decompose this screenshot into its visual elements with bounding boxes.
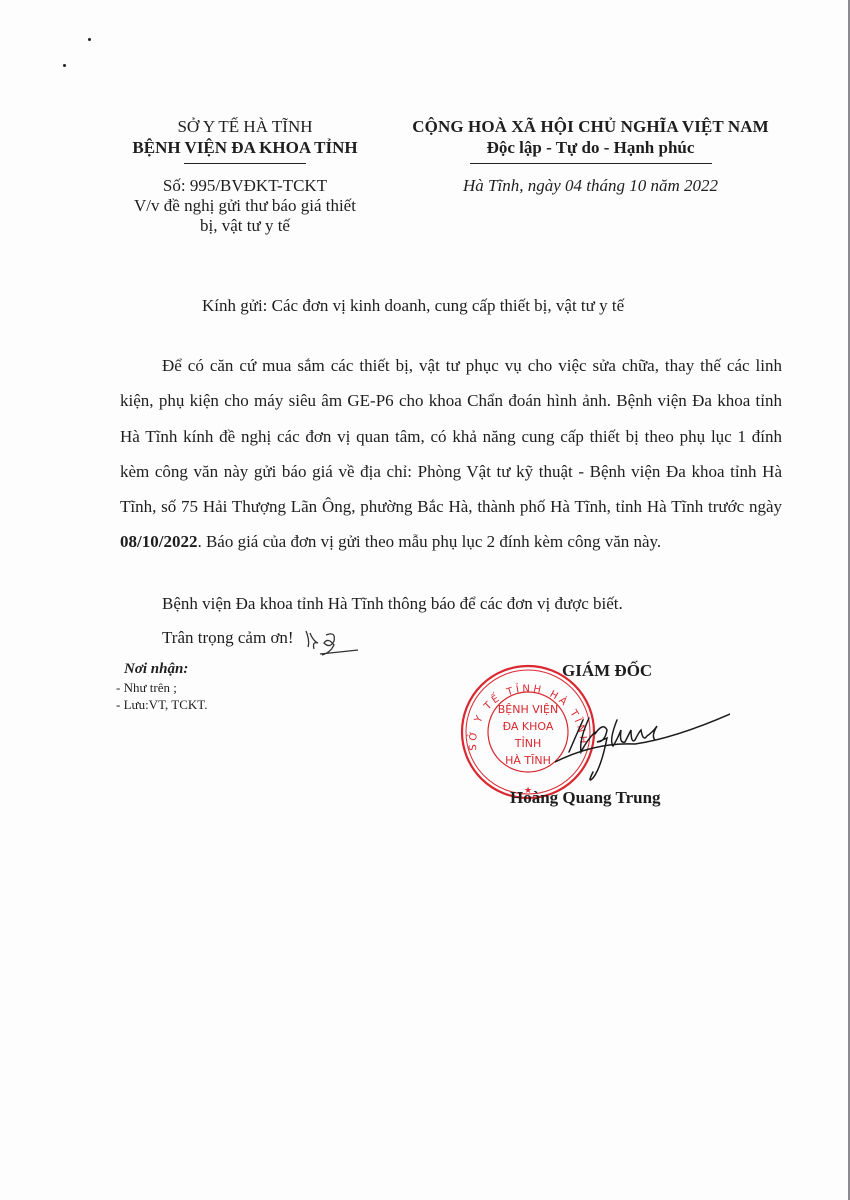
paragraph-text: . Báo giá của đơn vị gửi theo mẫu phụ lụ… [197,532,661,551]
divider [184,163,306,164]
body-paragraph: Để có căn cứ mua sắm các thiết bị, vật t… [120,348,782,560]
letter-body: Để có căn cứ mua sắm các thiết bị, vật t… [120,348,782,560]
divider [470,163,712,164]
svg-text:HÀ TĨNH: HÀ TĨNH [505,754,551,767]
subject-line: bị, vật tư y tế [100,216,390,236]
initials-mark-icon [300,627,360,657]
signer-title: GIÁM ĐỐC [562,661,652,681]
paragraph-text: Để có căn cứ mua sắm các thiết bị, vật t… [120,356,782,516]
national-header-block: CỘNG HOÀ XÃ HỘI CHỦ NGHĨA VIỆT NAM Độc l… [378,116,803,196]
recipients-title: Nơi nhận: [124,660,208,679]
svg-text:BỆNH VIỆN: BỆNH VIỆN [498,703,558,716]
subject-line: V/v đề nghị gửi thư báo giá thiết [100,196,390,216]
nation-title: CỘNG HOÀ XÃ HỘI CHỦ NGHĨA VIỆT NAM [378,116,803,137]
organization-name: BỆNH VIỆN ĐA KHOA TỈNH [100,137,390,159]
salutation: Kính gửi: Các đơn vị kinh doanh, cung cấ… [202,296,624,316]
svg-text:TỈNH: TỈNH [514,736,541,750]
national-motto: Độc lập - Tự do - Hạnh phúc [378,137,803,159]
document-number: Số: 995/BVĐKT-TCKT [100,176,390,196]
deadline-date: 08/10/2022 [120,532,197,551]
closing-text: Trân trọng cảm ơn! [162,628,294,647]
place-and-date: Hà Tĩnh, ngày 04 tháng 10 năm 2022 [378,176,803,196]
scan-speck [63,64,66,67]
closing-line: Trân trọng cảm ơn! [162,627,360,657]
issuing-authority-block: SỞ Y TẾ HÀ TĨNH BỆNH VIỆN ĐA KHOA TỈNH S… [100,116,390,236]
recipients-block: Nơi nhận: - Như trên ; - Lưu:VT, TCKT. [116,660,208,713]
recipient-item: - Như trên ; [116,679,208,696]
scan-speck [88,38,91,41]
svg-text:ĐA KHOA: ĐA KHOA [503,720,554,733]
signature-icon [555,690,730,800]
agency-name: SỞ Y TẾ HÀ TĨNH [100,116,390,137]
recipient-item: - Lưu:VT, TCKT. [116,696,208,713]
signer-name: Hoàng Quang Trung [510,788,661,808]
body-paragraph: Bệnh viện Đa khoa tỉnh Hà Tĩnh thông báo… [162,594,623,614]
